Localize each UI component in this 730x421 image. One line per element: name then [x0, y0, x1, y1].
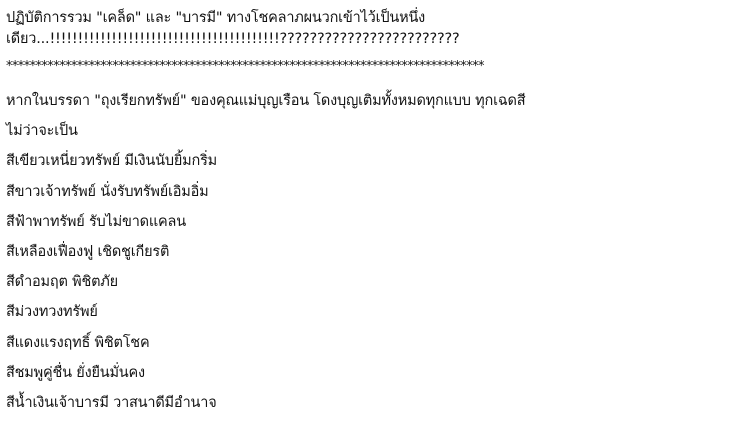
color-item-navy-blue: สีน้ำเงินเจ้าบารมี วาสนาดีมีอำนาจ	[6, 388, 724, 418]
asterisk-separator: ****************************************…	[6, 56, 724, 78]
color-item-red: สีแดงแรงฤทธิ์ พิชิตโชค	[6, 328, 724, 358]
color-item-green: สีเขียวเหนี่ยวทรัพย์ มีเงินนับยิ้มกริ่ม	[6, 146, 724, 176]
body-line-lead: ไม่ว่าจะเป็น	[6, 116, 724, 146]
color-item-sky-blue: สีฟ้าพาทรัพย์ รับไม่ขาดแคลน	[6, 207, 724, 237]
color-item-purple: สีม่วงทวงทรัพย์	[6, 297, 724, 327]
color-item-black: สีดำอมฤต พิชิตภัย	[6, 267, 724, 297]
body-line-intro: หากในบรรดา "ถุงเรียกทรัพย์" ของคุณแม่บุญ…	[6, 86, 724, 116]
color-item-yellow: สีเหลืองเฟื่องฟู เชิดชูเกียรติ	[6, 237, 724, 267]
body-paragraph: หากในบรรดา "ถุงเรียกทรัพย์" ของคุณแม่บุญ…	[6, 86, 724, 418]
color-item-white: สีขาวเจ้าทรัพย์ นั่งรับทรัพย์เอิมอิ่ม	[6, 177, 724, 207]
document: ปฏิบัติการรวม "เคล็ด" และ "บารมี" ทางโชค…	[6, 8, 724, 418]
intro-line-2: เดียว...!!!!!!!!!!!!!!!!!!!!!!!!!!!!!!!!…	[6, 29, 724, 50]
intro-line-1: ปฏิบัติการรวม "เคล็ด" และ "บารมี" ทางโชค…	[6, 8, 724, 29]
intro-paragraph: ปฏิบัติการรวม "เคล็ด" และ "บารมี" ทางโชค…	[6, 8, 724, 50]
color-item-pink: สีชมพูคู่ชื่น ยั่งยืนมั่นคง	[6, 358, 724, 388]
